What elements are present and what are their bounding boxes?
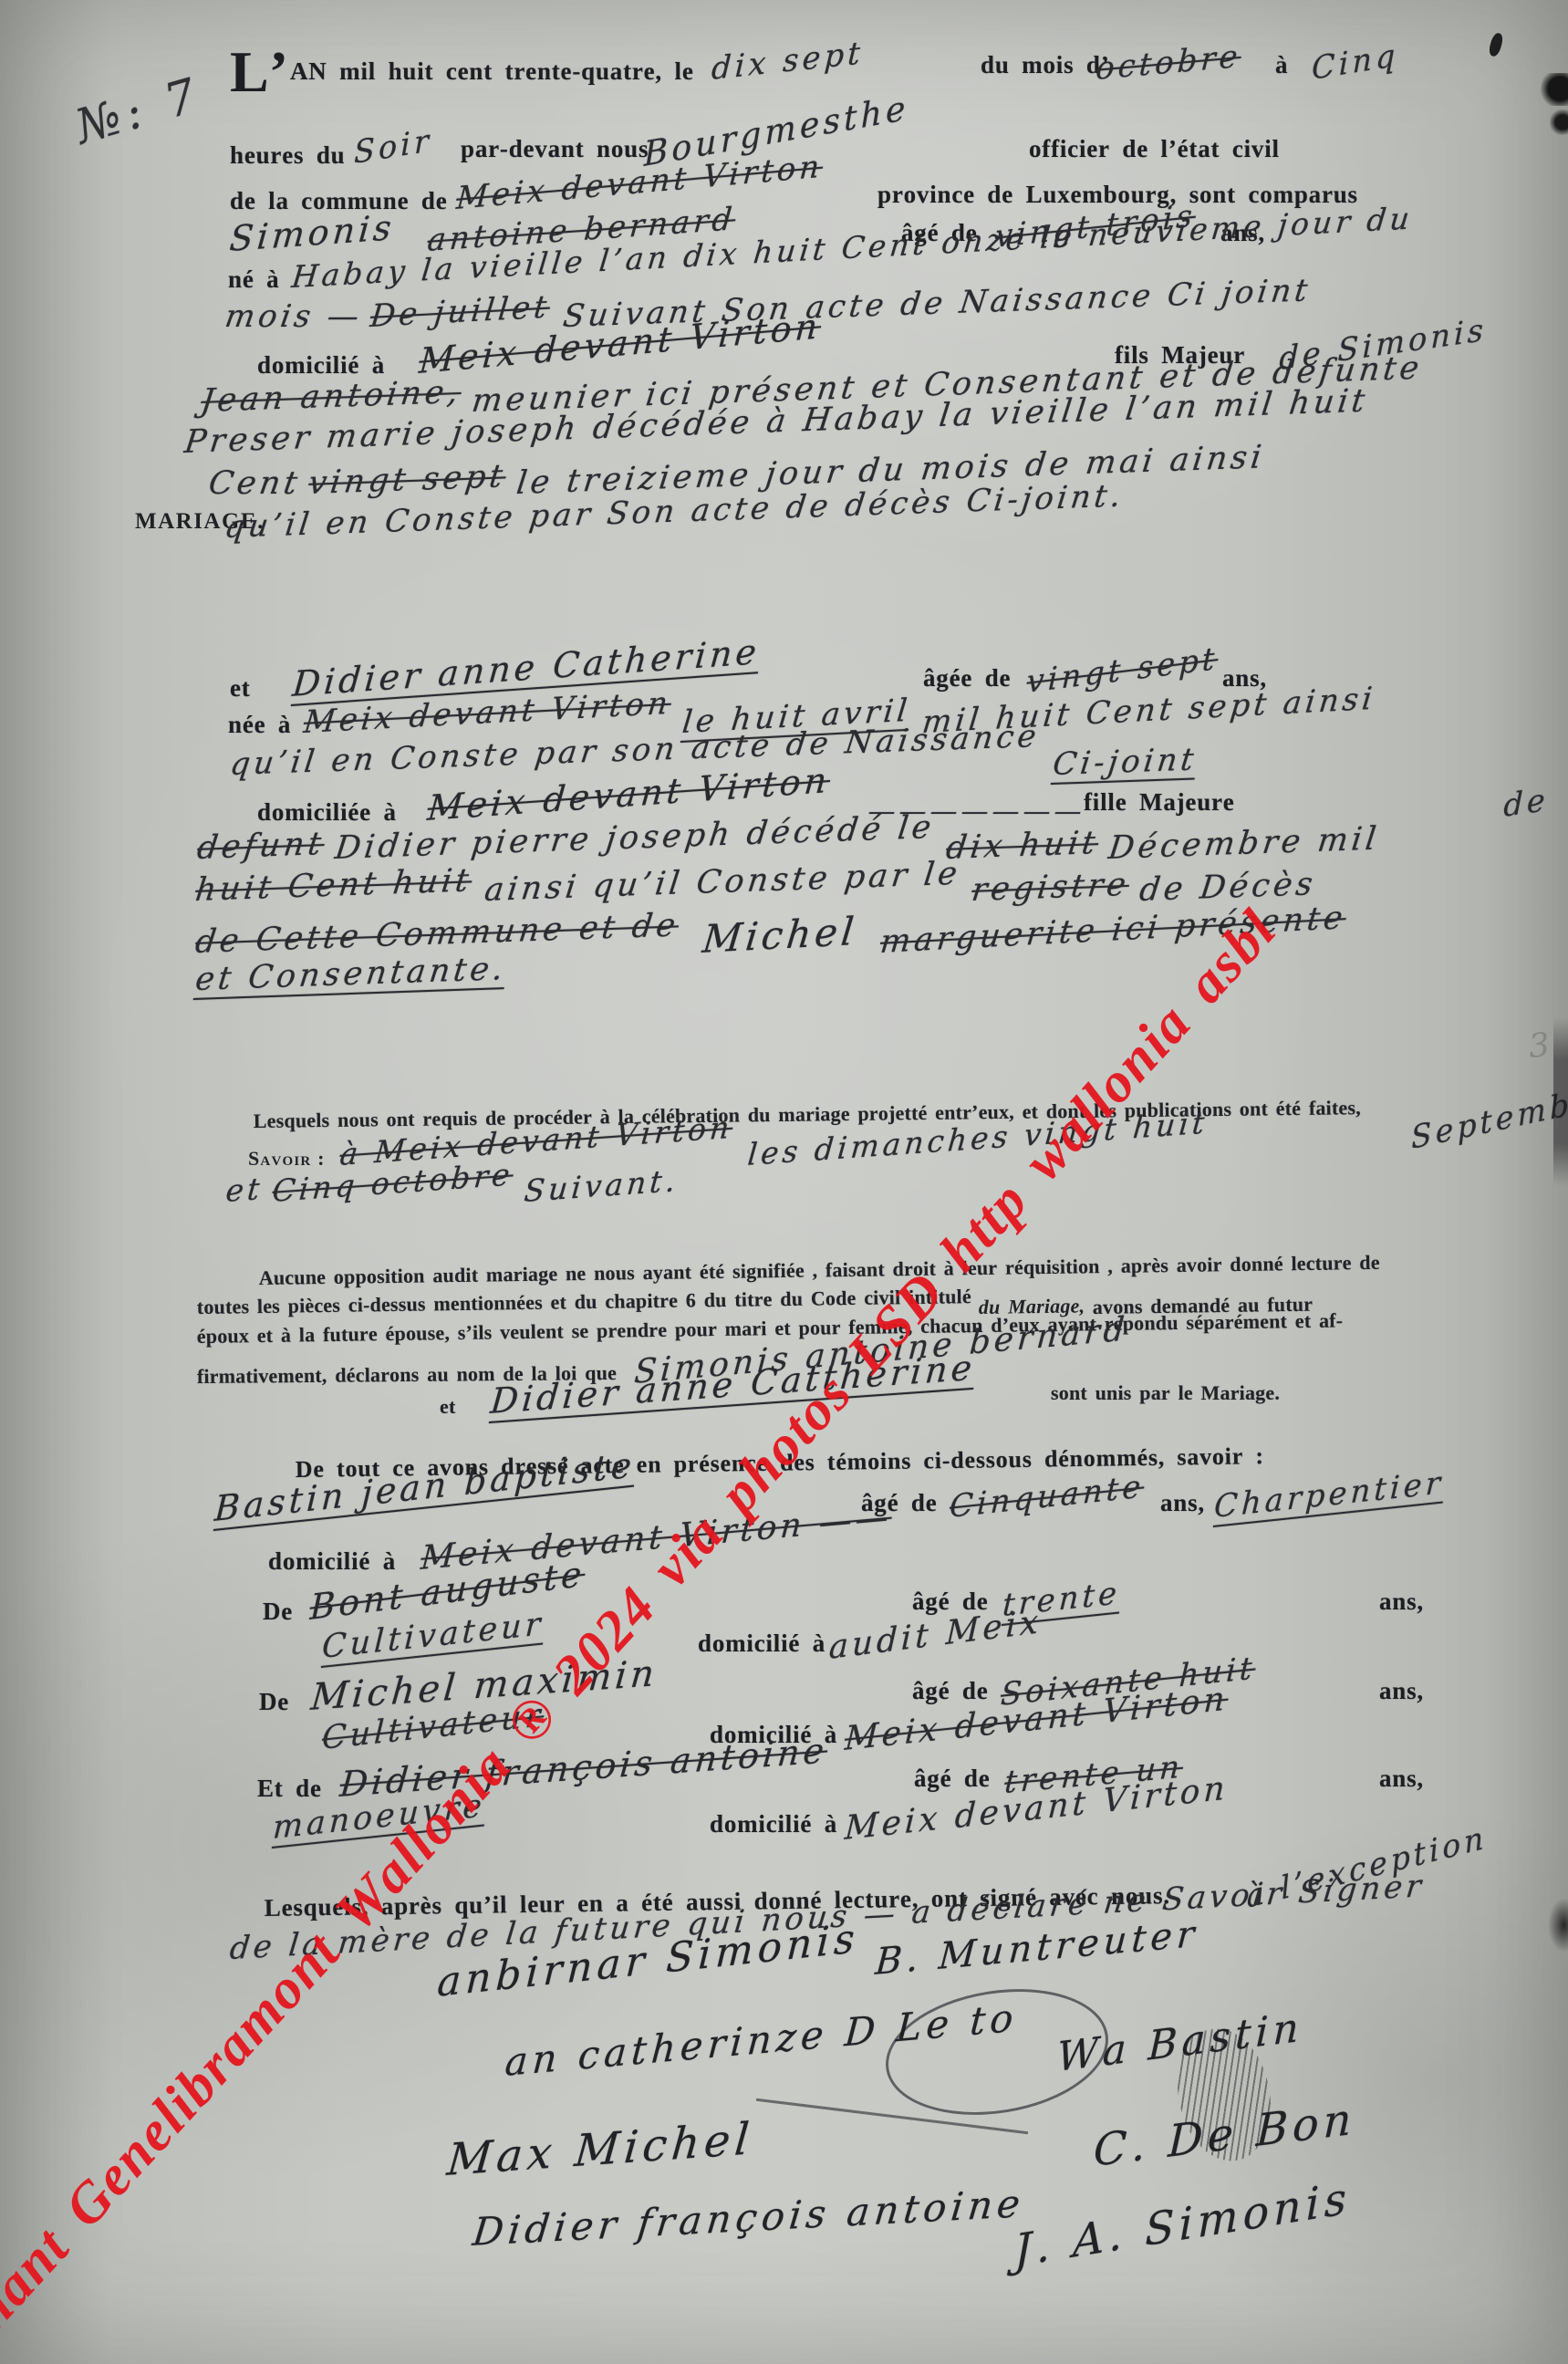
handwritten-text: mois — [223, 298, 365, 335]
printed-text: De [259, 1688, 289, 1716]
edge-pencil-note: 3 [1527, 1026, 1552, 1066]
printed-text: Savoir : [248, 1147, 326, 1171]
printed-text: Aucune opposition audit mariage ne nous … [259, 1251, 1380, 1290]
handwritten-text: de [1503, 782, 1549, 825]
printed-text: et [440, 1395, 456, 1419]
handwritten-text: Ci-joint [1051, 741, 1199, 783]
printed-text: domicilié à [268, 1547, 396, 1576]
printed-text: ans, [1379, 1765, 1424, 1793]
printed-text: ans, [1379, 1588, 1424, 1616]
document-line: et Consentante. [0, 962, 1568, 998]
handwritten-text: defunt [195, 826, 327, 867]
printed-text: du mois d’ [981, 51, 1110, 79]
document-line: C. De Bon [0, 2126, 1568, 2177]
handwritten-text: huit Cent huit [193, 862, 474, 909]
printed-text: à [1275, 51, 1288, 79]
document-line: né àHabay la vieille l’an dix huit Cent … [0, 259, 1568, 295]
printed-text: ans, [1160, 1489, 1205, 1517]
document-line: manoeuvredomicilié àMeix devant Virton [0, 1810, 1568, 1847]
scan-artifact-top-right-blob [1540, 73, 1568, 106]
printed-text: né à [228, 266, 279, 294]
printed-text: officier de l’état civil [1029, 135, 1280, 163]
printed-text: domicilié à [257, 351, 385, 380]
document-line: DeBont augusteâgé detrenteans, [0, 1588, 1568, 1628]
handwritten-text: Soir [354, 122, 432, 172]
document-line: de Cette Commune et deMichelmarguerite i… [0, 917, 1568, 962]
printed-text: Et de [257, 1775, 322, 1803]
document-line: Cultivateurdomicilié àaudit Meix [0, 1630, 1568, 1666]
handwritten-text: octobre [1095, 38, 1242, 88]
scan-artifact-right-streak-lower [1548, 1898, 1568, 1953]
handwritten-text: dix sept [711, 35, 865, 88]
document-line: etCinq octobreSuivant. [0, 1173, 1568, 1209]
document-line: domicilié àMeix devant Virton —— [0, 1540, 1568, 1578]
handwritten-text: et [224, 1171, 265, 1209]
signature: J. A. Simonis [1014, 2172, 1351, 2277]
document-line: B. Muntreuter [0, 1942, 1568, 1984]
document-line: Savoir :à Meix devant Virtonles dimanche… [0, 1137, 1568, 1172]
printed-text: domicilié à [710, 1810, 837, 1838]
printed-text: ans, [1379, 1677, 1424, 1705]
printed-text: domiciliée à [257, 798, 397, 827]
printed-text: et [230, 674, 251, 703]
printed-text: De [263, 1598, 293, 1626]
handwritten-text: Cinq [1312, 36, 1398, 88]
printed-text: AN mil huit cent trente-quatre, le [290, 57, 694, 86]
handwritten-text: Cent [206, 465, 303, 502]
scan-artifact-top-right-blob-2 [1550, 109, 1568, 135]
printed-text: âgé de [914, 1765, 991, 1793]
printed-text: heures du [230, 141, 345, 170]
printed-text: par-devant nous [461, 135, 649, 163]
handwritten-text: Septembre [1410, 1078, 1568, 1157]
printed-initial: L’ [230, 63, 288, 81]
document-line: DeMichel maximinâgé deSoixante huitans, [0, 1677, 1568, 1719]
document-line: qu’il en Conste par Son acte de décès Ci… [0, 509, 1568, 546]
printed-text: née à [228, 711, 291, 739]
document-line: Et deDidier françois antoineâgé detrente… [0, 1765, 1568, 1805]
document-line: Lesquels nous ont requis de procéder à l… [0, 1109, 1568, 1133]
printed-text: sont unis par le Mariage. [1051, 1381, 1280, 1405]
handwritten-text: registre [970, 867, 1131, 909]
document-page: №: 7 MARIAGE. L’AN mil huit cent trente-… [0, 0, 1568, 2364]
printed-text: province de Luxembourg, sont comparus [877, 181, 1358, 209]
handwritten-text: De juillet [369, 288, 552, 335]
printed-text: âgée de [923, 664, 1011, 693]
document-line: J. A. Simonis [0, 2226, 1568, 2277]
printed-text: domicilié à [698, 1630, 826, 1658]
handwritten-text: vingt sept [306, 458, 508, 502]
scan-artifact-right-streak [1553, 1017, 1568, 1186]
printed-text: âgé de [912, 1677, 989, 1705]
handwritten-text: dix huit [944, 825, 1101, 867]
handwritten-text: Michel [701, 909, 859, 962]
document-line: L’AN mil huit cent trente-quatre, ledix … [0, 51, 1568, 88]
printed-text: fille Majeure [1084, 788, 1235, 817]
